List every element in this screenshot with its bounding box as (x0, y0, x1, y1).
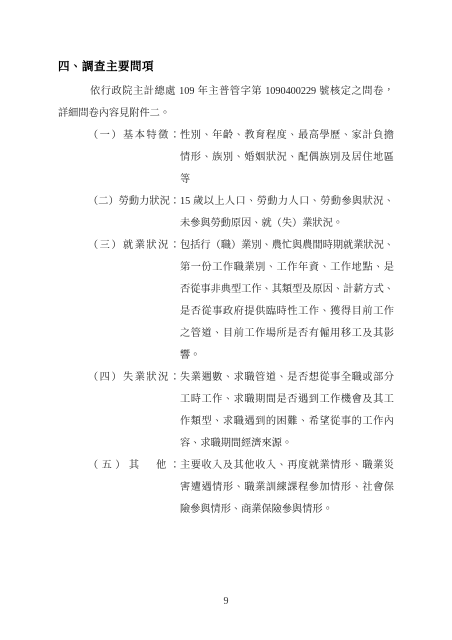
intro-line: 詳細問卷內容見附件二。 (58, 103, 394, 125)
text-line: 失業週數、求職管道、是否想從事全職或部分 (180, 367, 394, 389)
section-title: 四、調查主要問項 (58, 56, 394, 78)
page-number: 9 (0, 591, 452, 613)
text-line: 容、求職期間經濟來源。 (180, 433, 394, 455)
text-line: 害遭遇情形、職業訓練課程參加情形、社會保 (180, 477, 394, 499)
text-line: 之管道、目前工作場所是否有僱用移工及其影 (180, 323, 394, 345)
text-line: 15 歲以上人口、勞動力人口、勞動參與狀況、 (180, 191, 394, 213)
intro-paragraph: 依行政院主計總處 109 年主普管字第 1090400229 號核定之問卷， 詳… (58, 81, 394, 125)
text-line: 響。 (180, 345, 394, 367)
item-content: 包括行（職）業別、農忙與農閒時期就業狀況、第一份工作職業別、工作年資、工作地點、… (180, 235, 394, 367)
text-line: 工時工作、求職期間是否遇到工作機會及其工 (180, 389, 394, 411)
text-line: 性別、年齡、教育程度、最高學歷、家計負擔 (180, 125, 394, 147)
item-label: （三）就業狀況： (88, 235, 180, 257)
text-line: 險參與情形、商業保險參與情形。 (180, 499, 394, 521)
item-label: （四）失業狀況： (88, 367, 180, 389)
text-line: 包括行（職）業別、農忙與農閒時期就業狀況、 (180, 235, 394, 257)
text-line: 是否從事政府提供臨時性工作、獲得目前工作 (180, 301, 394, 323)
survey-item: （三）就業狀況： 包括行（職）業別、農忙與農閒時期就業狀況、第一份工作職業別、工… (88, 235, 394, 367)
text-line: 未參與勞動原因、就（失）業狀況。 (180, 213, 394, 235)
survey-item: （四）失業狀況： 失業週數、求職管道、是否想從事全職或部分工時工作、求職期間是否… (88, 367, 394, 455)
text-line: 主要收入及其他收入、再度就業情形、職業災 (180, 455, 394, 477)
text-line: 等 (180, 169, 394, 191)
item-label: （二）勞動力狀況： (88, 191, 180, 213)
survey-item: （二）勞動力狀況： 15 歲以上人口、勞動力人口、勞動參與狀況、未參與勞動原因、… (88, 191, 394, 235)
item-content: 性別、年齡、教育程度、最高學歷、家計負擔情形、族別、婚姻狀況、配偶族別及居住地區… (180, 125, 394, 191)
text-line: 否從事非典型工作、其類型及原因、計薪方式、 (180, 279, 394, 301)
intro-line: 依行政院主計總處 109 年主普管字第 1090400229 號核定之問卷， (58, 81, 394, 103)
item-label: （一）基本特徵： (88, 125, 180, 147)
text-line: 第一份工作職業別、工作年資、工作地點、是 (180, 257, 394, 279)
item-content: 失業週數、求職管道、是否想從事全職或部分工時工作、求職期間是否遇到工作機會及其工… (180, 367, 394, 455)
survey-item: （一）基本特徵： 性別、年齡、教育程度、最高學歷、家計負擔情形、族別、婚姻狀況、… (88, 125, 394, 191)
survey-items-list: （一）基本特徵： 性別、年齡、教育程度、最高學歷、家計負擔情形、族別、婚姻狀況、… (88, 125, 394, 521)
item-content: 主要收入及其他收入、再度就業情形、職業災害遭遇情形、職業訓練課程參加情形、社會保… (180, 455, 394, 521)
survey-item: （五）其 他： 主要收入及其他收入、再度就業情形、職業災害遭遇情形、職業訓練課程… (88, 455, 394, 521)
text-line: 情形、族別、婚姻狀況、配偶族別及居住地區 (180, 147, 394, 169)
text-line: 作類型、求職遇到的困難、希望從事的工作內 (180, 411, 394, 433)
item-label: （五）其 他： (88, 455, 180, 477)
item-content: 15 歲以上人口、勞動力人口、勞動參與狀況、未參與勞動原因、就（失）業狀況。 (180, 191, 394, 235)
document-page: 四、調查主要問項 依行政院主計總處 109 年主普管字第 1090400229 … (0, 0, 452, 640)
